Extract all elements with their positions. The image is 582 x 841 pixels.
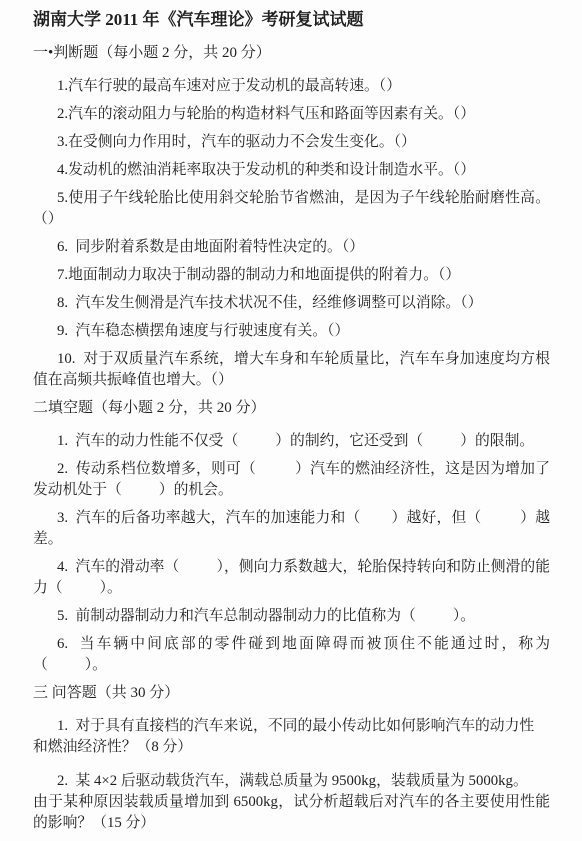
section-true-false-heading: 一•判断题（每小题 2 分，共 20 分） (33, 43, 550, 64)
true-false-question-1: 1.汽车行驶的最高车速对应于发动机的最高转速。（） (33, 76, 550, 97)
fill-blank-question-2: 2. 传动系档位数增多，则可（ ）汽车的燃油经济性，这是因为增加了发动机处于（ … (33, 459, 550, 501)
section-fill-blank-heading: 二填空题（每小题 2 分，共 20 分） (33, 398, 550, 419)
section-short-answer: 三 问答题（共 30 分） 1. 对于具有直接档的汽车来说，不同的最小传动比如何… (33, 683, 550, 834)
exam-paper-page: 湖南大学 2011 年《汽车理论》考研复试试题 一•判断题（每小题 2 分，共 … (0, 0, 582, 841)
true-false-question-3: 3.在受侧向力作用时，汽车的驱动力不会发生变化。（） (33, 132, 550, 153)
short-answer-question-2: 2. 某 4×2 后驱动载货汽车，满载总质量为 9500kg，装载质量为 500… (33, 771, 550, 834)
fill-blank-question-4: 4. 汽车的滑动率（ ），侧向力系数越大，轮胎保持转向和防止侧滑的能力（ ）。 (33, 557, 550, 599)
section-fill-blank: 二填空题（每小题 2 分，共 20 分） 1. 汽车的动力性能不仅受（ ）的制约… (33, 398, 550, 676)
fill-blank-question-5: 5. 前制动器制动力和汽车总制动器制动力的比值称为（ ）。 (33, 606, 550, 627)
true-false-question-10: 10. 对于双质量汽车系统，增大车身和车轮质量比，汽车车身加速度均方根值在高频共… (33, 349, 550, 391)
true-false-question-8: 8. 汽车发生侧滑是汽车技术状况不佳，经维修调整可以消除。（） (33, 293, 550, 314)
section-true-false: 一•判断题（每小题 2 分，共 20 分） 1.汽车行驶的最高车速对应于发动机的… (33, 43, 550, 391)
true-false-question-9: 9. 汽车稳态横摆角速度与行驶速度有关。（） (33, 321, 550, 342)
true-false-question-7: 7.地面制动力取决于制动器的制动力和地面提供的附着力。（） (33, 265, 550, 286)
fill-blank-question-3: 3. 汽车的后备功率越大，汽车的加速能力和（ ）越好，但（ ）越差。 (33, 508, 550, 550)
section-short-answer-heading: 三 问答题（共 30 分） (33, 683, 550, 704)
true-false-question-6: 6. 同步附着系数是由地面附着特性决定的。（） (33, 237, 550, 258)
true-false-question-5: 5.使用子午线轮胎比使用斜交轮胎节省燃油，是因为子午线轮胎耐磨性高。（） (33, 188, 550, 230)
fill-blank-question-6: 6. 当车辆中间底部的零件碰到地面障碍而被顶住不能通过时，称为（ ）。 (33, 634, 550, 676)
true-false-question-2: 2.汽车的滚动阻力与轮胎的构造材料气压和路面等因素有关。（） (33, 104, 550, 125)
short-answer-question-1: 1. 对于具有直接档的汽车来说，不同的最小传动比如何影响汽车的动力性 和燃油经济… (33, 716, 550, 758)
true-false-question-4: 4.发动机的燃油消耗率取决于发动机的种类和设计制造水平。（） (33, 160, 550, 181)
fill-blank-question-1: 1. 汽车的动力性能不仅受（ ）的制约，它还受到（ ）的限制。 (33, 431, 550, 452)
exam-title: 湖南大学 2011 年《汽车理论》考研复试试题 (33, 7, 550, 32)
